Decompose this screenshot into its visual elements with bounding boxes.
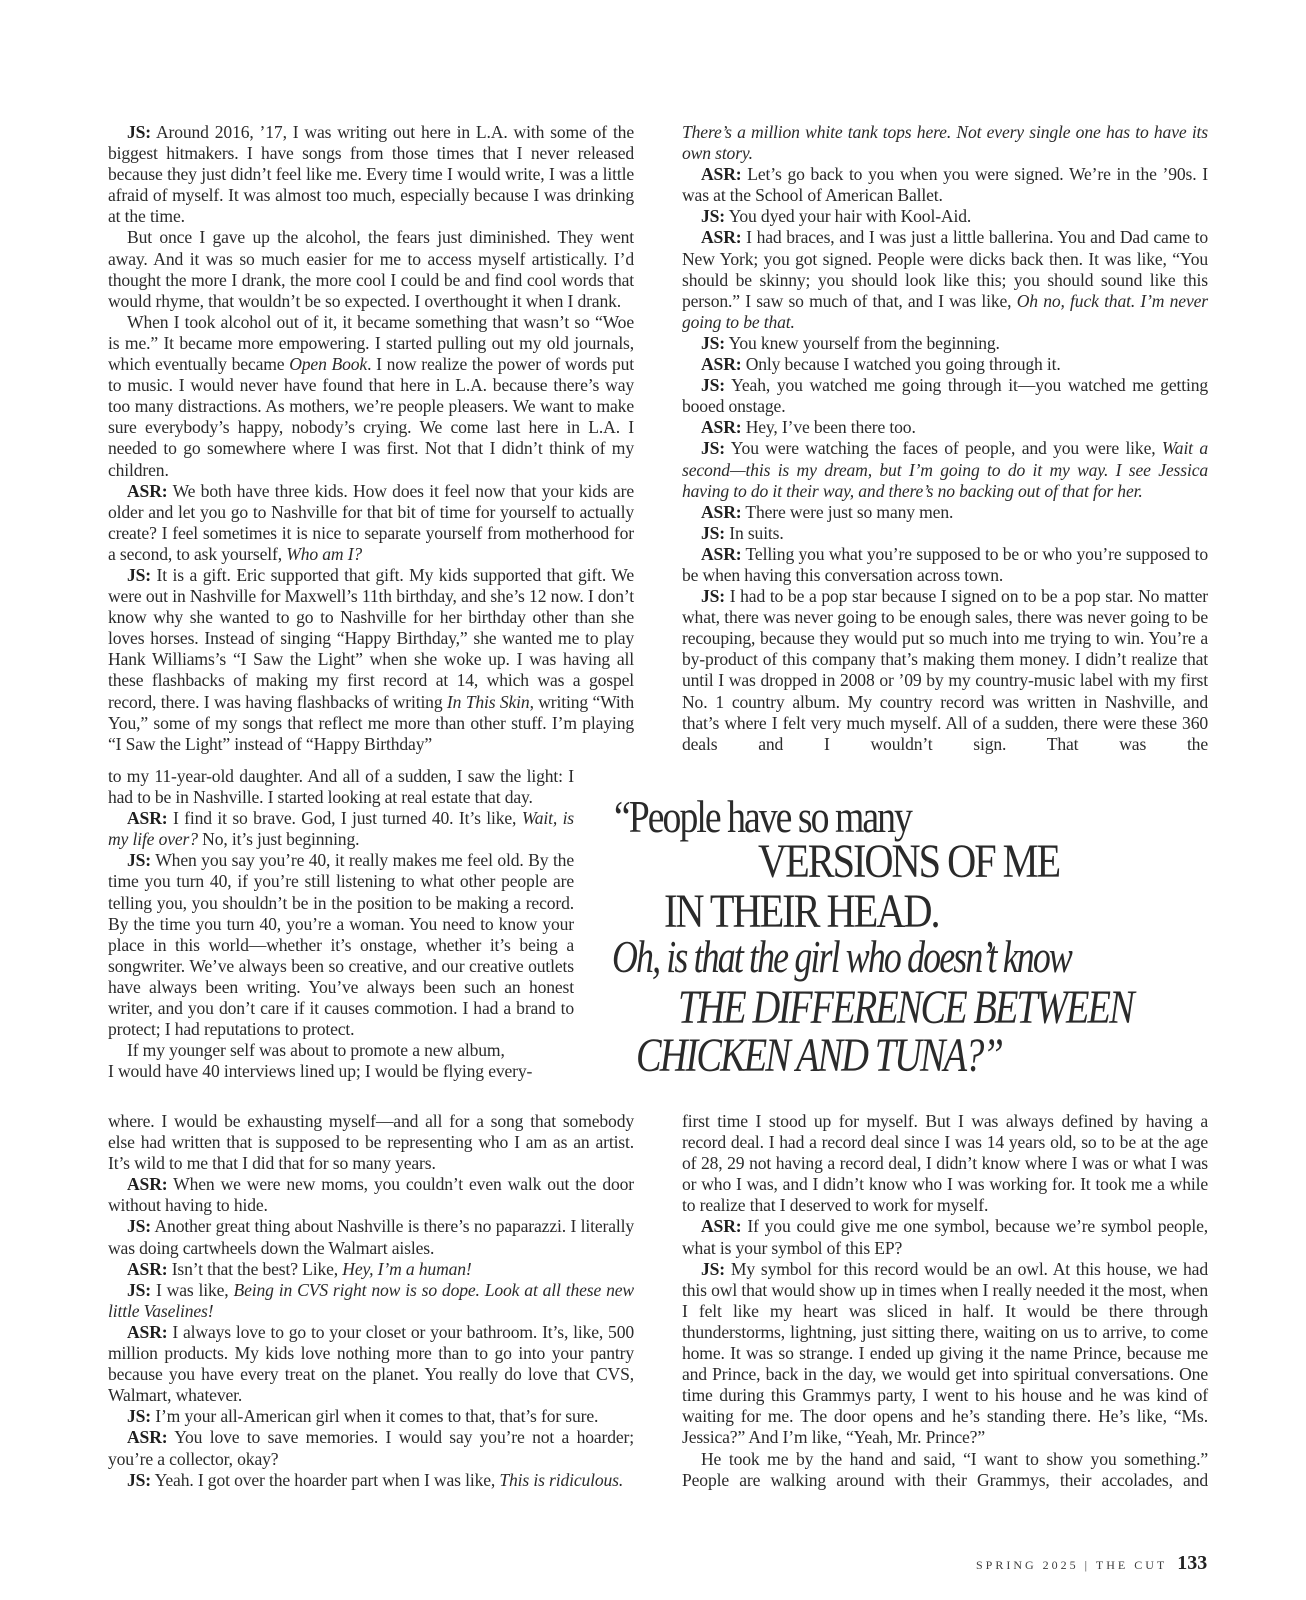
paragraph: JS: I was like, Being in CVS right now i… xyxy=(108,1280,634,1322)
speaker-label: ASR: xyxy=(127,1174,167,1194)
speaker-label: ASR: xyxy=(701,354,741,374)
speaker-label: ASR: xyxy=(127,1322,167,1342)
speaker-label: ASR: xyxy=(701,1216,741,1236)
speaker-label: JS: xyxy=(127,1406,151,1426)
paragraph-continued: There’s a million white tank tops here. … xyxy=(682,122,1208,164)
paragraph: ASR: Hey, I’ve been there too. xyxy=(682,417,1208,438)
speaker-label: JS: xyxy=(127,1216,151,1236)
speaker-label: JS: xyxy=(127,850,151,870)
pull-quote-line: VERSIONS OF ME xyxy=(758,834,1059,889)
paragraph: ASR: Telling you what you’re supposed to… xyxy=(682,544,1208,586)
pull-quote-line: CHICKEN AND TUNA?” xyxy=(636,1028,1002,1083)
speaker-label: JS: xyxy=(127,565,151,585)
paragraph: JS: It is a gift. Eric supported that gi… xyxy=(108,565,634,755)
speaker-label: ASR: xyxy=(701,164,741,184)
paragraph-continued: where. I would be exhausting myself—and … xyxy=(108,1111,634,1174)
article-column-left-top: JS: Around 2016, ’17, I was writing out … xyxy=(108,122,634,755)
page-number: 133 xyxy=(1177,1552,1207,1575)
paragraph: ASR: Let’s go back to you when you were … xyxy=(682,164,1208,206)
paragraph: He took me by the hand and said, “I want… xyxy=(682,1449,1208,1491)
paragraph: ASR: You love to save memories. I would … xyxy=(108,1427,634,1469)
speaker-label: JS: xyxy=(701,333,725,353)
album-title: Open Book xyxy=(289,354,367,374)
speaker-label: JS: xyxy=(127,1470,151,1490)
speaker-label: ASR: xyxy=(127,481,167,501)
page-footer: SPRING 2025 | THE CUT 133 xyxy=(976,1552,1207,1582)
article-column-right-bottom: first time I stood up for myself. But I … xyxy=(682,1111,1208,1491)
speaker-label: JS: xyxy=(701,586,725,606)
album-title: In This Skin xyxy=(447,692,530,712)
paragraph: When I took alcohol out of it, it became… xyxy=(108,312,634,481)
paragraph: JS: You dyed your hair with Kool-Aid. xyxy=(682,206,1208,227)
paragraph: If my younger self was about to promote … xyxy=(108,1040,574,1061)
speaker-label: ASR: xyxy=(701,227,741,247)
speaker-label: JS: xyxy=(701,1259,725,1279)
paragraph: ASR: Only because I watched you going th… xyxy=(682,354,1208,375)
speaker-label: JS: xyxy=(701,523,725,543)
pull-quote-line: THE DIFFERENCE BETWEEN xyxy=(678,980,1133,1035)
paragraph: JS: Yeah. I got over the hoarder part wh… xyxy=(108,1470,634,1491)
paragraph-continued: to my 11-year-old daughter. And all of a… xyxy=(108,766,574,808)
paragraph-continued: first time I stood up for myself. But I … xyxy=(682,1111,1208,1216)
speaker-label: JS: xyxy=(127,1280,151,1300)
paragraph: ASR: We both have three kids. How does i… xyxy=(108,481,634,565)
speaker-label: ASR: xyxy=(127,1427,167,1447)
speaker-label: ASR: xyxy=(701,502,741,522)
paragraph: But once I gave up the alcohol, the fear… xyxy=(108,227,634,311)
article-column-left-middle: to my 11-year-old daughter. And all of a… xyxy=(108,766,574,1082)
speaker-label: JS: xyxy=(701,375,725,395)
paragraph: ASR: I find it so brave. God, I just tur… xyxy=(108,808,574,850)
speaker-label: JS: xyxy=(127,122,151,142)
paragraph-continued: I would have 40 interviews lined up; I w… xyxy=(108,1061,574,1082)
speaker-label: ASR: xyxy=(127,1259,167,1279)
paragraph: JS: You were watching the faces of peopl… xyxy=(682,438,1208,501)
article-column-left-bottom: where. I would be exhausting myself—and … xyxy=(108,1111,634,1491)
paragraph: ASR: If you could give me one symbol, be… xyxy=(682,1216,1208,1258)
article-column-right-top: There’s a million white tank tops here. … xyxy=(682,122,1208,755)
paragraph: ASR: When we were new moms, you couldn’t… xyxy=(108,1174,634,1216)
pull-quote-line: Oh, is that the girl who doesn’t know xyxy=(612,930,1071,983)
paragraph: JS: I had to be a pop star because I sig… xyxy=(682,586,1208,755)
paragraph: ASR: I always love to go to your closet … xyxy=(108,1322,634,1406)
speaker-label: JS: xyxy=(701,438,725,458)
speaker-label: JS: xyxy=(701,206,725,226)
paragraph: JS: When you say you’re 40, it really ma… xyxy=(108,850,574,1040)
speaker-label: ASR: xyxy=(701,417,741,437)
paragraph: ASR: There were just so many men. xyxy=(682,502,1208,523)
paragraph: JS: In suits. xyxy=(682,523,1208,544)
issue-label: SPRING 2025 | THE CUT xyxy=(976,1558,1167,1573)
paragraph: ASR: I had braces, and I was just a litt… xyxy=(682,227,1208,332)
paragraph: JS: Around 2016, ’17, I was writing out … xyxy=(108,122,634,227)
paragraph: JS: Another great thing about Nashville … xyxy=(108,1216,634,1258)
paragraph: JS: You knew yourself from the beginning… xyxy=(682,333,1208,354)
speaker-label: ASR: xyxy=(701,544,741,564)
speaker-label: ASR: xyxy=(127,808,167,828)
paragraph: ASR: Isn’t that the best? Like, Hey, I’m… xyxy=(108,1259,634,1280)
paragraph: JS: I’m your all-American girl when it c… xyxy=(108,1406,634,1427)
paragraph: JS: My symbol for this record would be a… xyxy=(682,1259,1208,1449)
paragraph: JS: Yeah, you watched me going through i… xyxy=(682,375,1208,417)
